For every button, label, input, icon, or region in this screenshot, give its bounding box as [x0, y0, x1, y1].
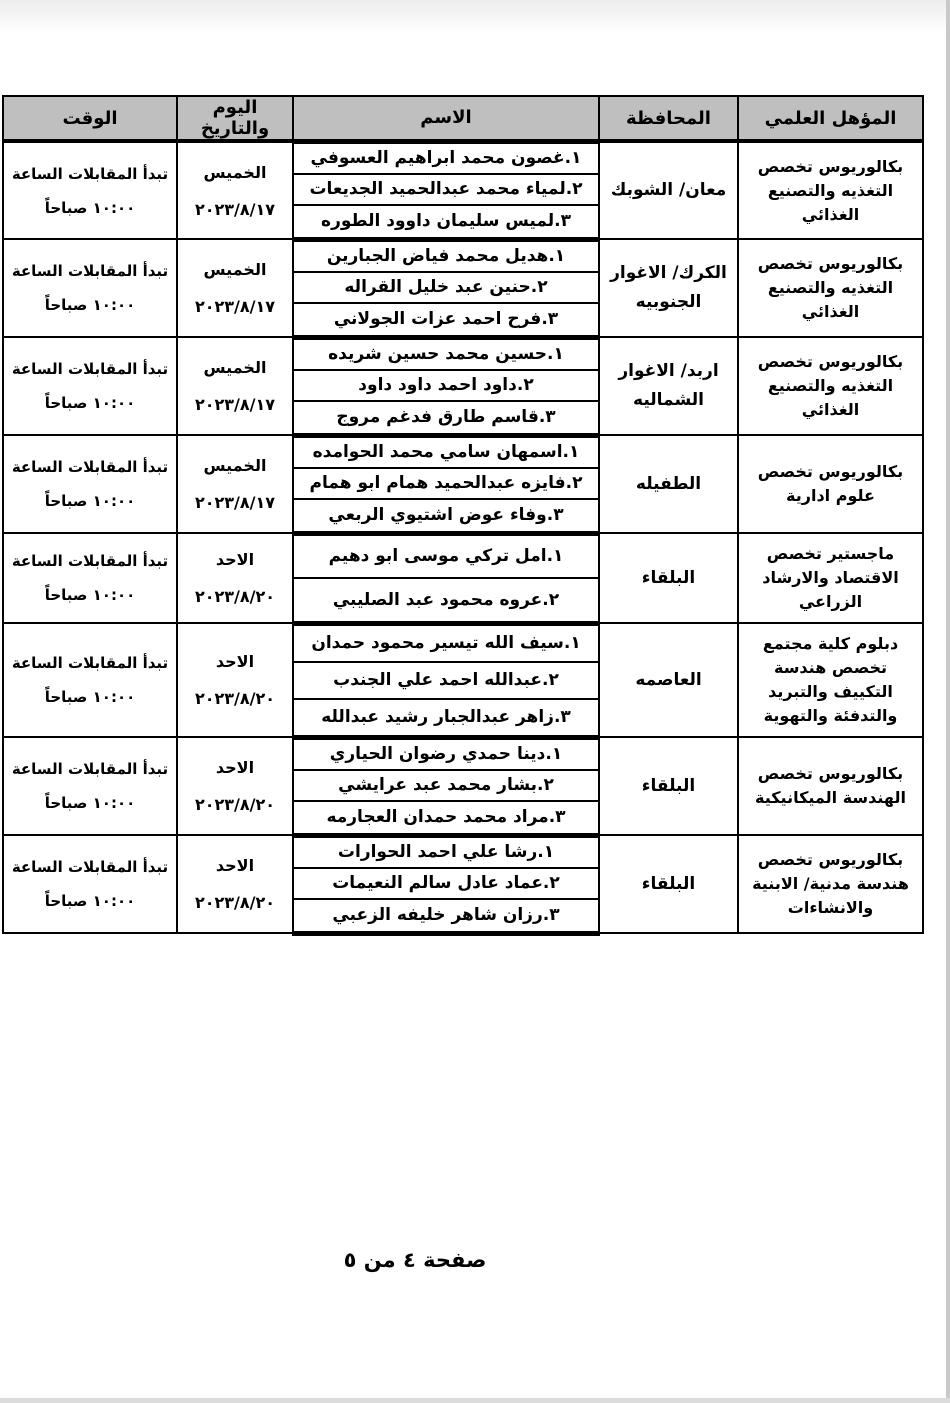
day-text: الاحد: [182, 652, 288, 671]
date-text: ٢٠٢٣/٨/١٧: [182, 395, 288, 414]
name-item: ٣.رزان شاهر خليفه الزعبي: [294, 900, 598, 931]
date-text: ٢٠٢٣/٨/١٧: [182, 297, 288, 316]
names-cell: ١.اسمهان سامي محمد الحوامده٢.فايزه عبدال…: [293, 435, 599, 533]
day-text: الخميس: [182, 456, 288, 475]
name-item: ١.حسين محمد حسين شريده: [294, 340, 598, 371]
qualification-cell: بكالوريوس تخصص الهندسة الميكانيكية: [738, 737, 923, 835]
time-line1: تبدأ المقابلات الساعة: [10, 262, 170, 280]
names-cell: ١.سيف الله تيسير محمود حمدان٢.عبدالله اح…: [293, 623, 599, 737]
name-item: ١.غصون محمد ابراهيم العسوفي: [294, 144, 598, 175]
time-line1: تبدأ المقابلات الساعة: [10, 360, 170, 378]
names-list: ١.رشا علي احمد الحوارات٢.عماد عادل سالم …: [294, 838, 598, 931]
name-item: ١.امل تركي موسى ابو دهيم: [294, 536, 598, 580]
name-item: ٢.عبدالله احمد علي الجندب: [294, 663, 598, 700]
time-line1: تبدأ المقابلات الساعة: [10, 458, 170, 476]
time-line1: تبدأ المقابلات الساعة: [10, 858, 170, 876]
table-row: بكالوريوس تخصص التغذيه والتصنيع الغذائي …: [3, 239, 923, 337]
name-item: ٢.فايزه عبدالحميد همام ابو همام: [294, 469, 598, 500]
time-line2: ١٠:٠٠ صباحاً: [10, 296, 170, 314]
day-text: الخميس: [182, 260, 288, 279]
scan-edge-bottom: [0, 1398, 950, 1403]
header-governorate: المحافظة: [599, 96, 738, 141]
time-line1: تبدأ المقابلات الساعة: [10, 552, 170, 570]
qualification-cell: بكالوريوس تخصص علوم ادارية: [738, 435, 923, 533]
names-cell: ١.حسين محمد حسين شريده٢.داود احمد داود د…: [293, 337, 599, 435]
day-date-cell: الاحد ٢٠٢٣/٨/٢٠: [177, 737, 293, 835]
name-item: ١.هديل محمد فياض الجبارين: [294, 242, 598, 273]
table-header-row: المؤهل العلمي المحافظة الاسم اليوم والتا…: [3, 96, 923, 141]
scan-edge-top: [0, 0, 950, 34]
name-item: ٣.لميس سليمان داوود الطوره: [294, 206, 598, 237]
names-list: ١.هديل محمد فياض الجبارين٢.حنين عبد خليل…: [294, 242, 598, 335]
names-list: ١.سيف الله تيسير محمود حمدان٢.عبدالله اح…: [294, 626, 598, 735]
names-list: ١.امل تركي موسى ابو دهيم٢.عروه محمود عبد…: [294, 536, 598, 621]
governorate-cell: الطفيله: [599, 435, 738, 533]
day-date-cell: الاحد ٢٠٢٣/٨/٢٠: [177, 533, 293, 623]
time-line2: ١٠:٠٠ صباحاً: [10, 688, 170, 706]
name-item: ١.رشا علي احمد الحوارات: [294, 838, 598, 869]
name-item: ٢.عروه محمود عبد الصليبي: [294, 579, 598, 621]
names-list: ١.دينا حمدي رضوان الحياري٢.بشار محمد عبد…: [294, 740, 598, 833]
time-cell: تبدأ المقابلات الساعة ١٠:٠٠ صباحاً: [3, 337, 177, 435]
scanned-page: المؤهل العلمي المحافظة الاسم اليوم والتا…: [0, 0, 950, 1403]
time-line2: ١٠:٠٠ صباحاً: [10, 394, 170, 412]
time-line1: تبدأ المقابلات الساعة: [10, 654, 170, 672]
date-text: ٢٠٢٣/٨/١٧: [182, 493, 288, 512]
name-item: ٢.داود احمد داود داود: [294, 371, 598, 402]
header-time: الوقت: [3, 96, 177, 141]
date-text: ٢٠٢٣/٨/٢٠: [182, 795, 288, 814]
header-day-date: اليوم والتاريخ: [177, 96, 293, 141]
day-text: الخميس: [182, 358, 288, 377]
time-cell: تبدأ المقابلات الساعة ١٠:٠٠ صباحاً: [3, 623, 177, 737]
time-cell: تبدأ المقابلات الساعة ١٠:٠٠ صباحاً: [3, 435, 177, 533]
day-text: الاحد: [182, 856, 288, 875]
name-item: ٣.فرح احمد عزات الجولاني: [294, 304, 598, 335]
table-row: ماجستير تخصص الاقتصاد والارشاد الزراعي ا…: [3, 533, 923, 623]
day-date-cell: الاحد ٢٠٢٣/٨/٢٠: [177, 835, 293, 933]
names-list: ١.حسين محمد حسين شريده٢.داود احمد داود د…: [294, 340, 598, 433]
governorate-cell: البلقاء: [599, 533, 738, 623]
name-item: ١.اسمهان سامي محمد الحوامده: [294, 438, 598, 469]
day-date-cell: الخميس ٢٠٢٣/٨/١٧: [177, 141, 293, 239]
time-line2: ١٠:٠٠ صباحاً: [10, 586, 170, 604]
table-row: بكالوريوس تخصص هندسة مدنية/ الابنية والا…: [3, 835, 923, 933]
date-text: ٢٠٢٣/٨/٢٠: [182, 587, 288, 606]
time-line1: تبدأ المقابلات الساعة: [10, 760, 170, 778]
page-number-footer: صفحة ٤ من ٥: [0, 1248, 890, 1272]
names-cell: ١.امل تركي موسى ابو دهيم٢.عروه محمود عبد…: [293, 533, 599, 623]
time-line2: ١٠:٠٠ صباحاً: [10, 892, 170, 910]
name-item: ٣.مراد محمد حمدان العجارمه: [294, 802, 598, 833]
governorate-cell: معان/ الشوبك: [599, 141, 738, 239]
day-text: الخميس: [182, 163, 288, 182]
name-item: ٢.عماد عادل سالم النعيمات: [294, 869, 598, 900]
day-date-cell: الخميس ٢٠٢٣/٨/١٧: [177, 337, 293, 435]
qualification-cell: بكالوريوس تخصص التغذيه والتصنيع الغذائي: [738, 239, 923, 337]
time-cell: تبدأ المقابلات الساعة ١٠:٠٠ صباحاً: [3, 533, 177, 623]
names-list: ١.اسمهان سامي محمد الحوامده٢.فايزه عبدال…: [294, 438, 598, 531]
governorate-cell: البلقاء: [599, 835, 738, 933]
scan-edge-right: [946, 0, 950, 1403]
day-date-cell: الخميس ٢٠٢٣/٨/١٧: [177, 435, 293, 533]
qualification-cell: بكالوريوس تخصص التغذيه والتصنيع الغذائي: [738, 337, 923, 435]
name-item: ٢.لمياء محمد عبدالحميد الجديعات: [294, 175, 598, 206]
name-item: ٣.زاهر عبدالجبار رشيد عبدالله: [294, 700, 598, 735]
time-cell: تبدأ المقابلات الساعة ١٠:٠٠ صباحاً: [3, 835, 177, 933]
day-date-cell: الخميس ٢٠٢٣/٨/١٧: [177, 239, 293, 337]
interview-schedule-table: المؤهل العلمي المحافظة الاسم اليوم والتا…: [2, 95, 924, 936]
time-cell: تبدأ المقابلات الساعة ١٠:٠٠ صباحاً: [3, 239, 177, 337]
table-row: بكالوريوس تخصص الهندسة الميكانيكية البلق…: [3, 737, 923, 835]
header-qualification: المؤهل العلمي: [738, 96, 923, 141]
table-body: بكالوريوس تخصص التغذيه والتصنيع الغذائي …: [3, 141, 923, 933]
name-item: ٣.قاسم طارق فدغم مروج: [294, 402, 598, 433]
date-text: ٢٠٢٣/٨/٢٠: [182, 689, 288, 708]
name-item: ١.دينا حمدي رضوان الحياري: [294, 740, 598, 771]
names-cell: ١.دينا حمدي رضوان الحياري٢.بشار محمد عبد…: [293, 737, 599, 835]
time-line2: ١٠:٠٠ صباحاً: [10, 492, 170, 510]
names-cell: ١.هديل محمد فياض الجبارين٢.حنين عبد خليل…: [293, 239, 599, 337]
time-line2: ١٠:٠٠ صباحاً: [10, 199, 170, 217]
qualification-cell: ماجستير تخصص الاقتصاد والارشاد الزراعي: [738, 533, 923, 623]
table-row: بكالوريوس تخصص علوم ادارية الطفيله ١.اسم…: [3, 435, 923, 533]
table-row: بكالوريوس تخصص التغذيه والتصنيع الغذائي …: [3, 337, 923, 435]
date-text: ٢٠٢٣/٨/٢٠: [182, 893, 288, 912]
time-cell: تبدأ المقابلات الساعة ١٠:٠٠ صباحاً: [3, 737, 177, 835]
date-text: ٢٠٢٣/٨/١٧: [182, 200, 288, 219]
table-row: دبلوم كلية مجتمع تخصص هندسة التكييف والت…: [3, 623, 923, 737]
table-row: بكالوريوس تخصص التغذيه والتصنيع الغذائي …: [3, 141, 923, 239]
governorate-cell: العاصمه: [599, 623, 738, 737]
day-text: الاحد: [182, 550, 288, 569]
name-item: ١.سيف الله تيسير محمود حمدان: [294, 626, 598, 663]
qualification-cell: بكالوريوس تخصص هندسة مدنية/ الابنية والا…: [738, 835, 923, 933]
day-date-cell: الاحد ٢٠٢٣/٨/٢٠: [177, 623, 293, 737]
time-line2: ١٠:٠٠ صباحاً: [10, 794, 170, 812]
governorate-cell: اربد/ الاغوار الشماليه: [599, 337, 738, 435]
names-cell: ١.غصون محمد ابراهيم العسوفي٢.لمياء محمد …: [293, 141, 599, 239]
governorate-cell: البلقاء: [599, 737, 738, 835]
time-cell: تبدأ المقابلات الساعة ١٠:٠٠ صباحاً: [3, 141, 177, 239]
header-name: الاسم: [293, 96, 599, 141]
names-list: ١.غصون محمد ابراهيم العسوفي٢.لمياء محمد …: [294, 144, 598, 237]
time-line1: تبدأ المقابلات الساعة: [10, 165, 170, 183]
qualification-cell: دبلوم كلية مجتمع تخصص هندسة التكييف والت…: [738, 623, 923, 737]
names-cell: ١.رشا علي احمد الحوارات٢.عماد عادل سالم …: [293, 835, 599, 933]
governorate-cell: الكرك/ الاغوار الجنوبيه: [599, 239, 738, 337]
day-text: الاحد: [182, 758, 288, 777]
name-item: ٢.حنين عبد خليل القراله: [294, 273, 598, 304]
name-item: ٢.بشار محمد عبد عرايشي: [294, 771, 598, 802]
qualification-cell: بكالوريوس تخصص التغذيه والتصنيع الغذائي: [738, 141, 923, 239]
name-item: ٣.وفاء عوض اشتيوي الربعي: [294, 500, 598, 531]
